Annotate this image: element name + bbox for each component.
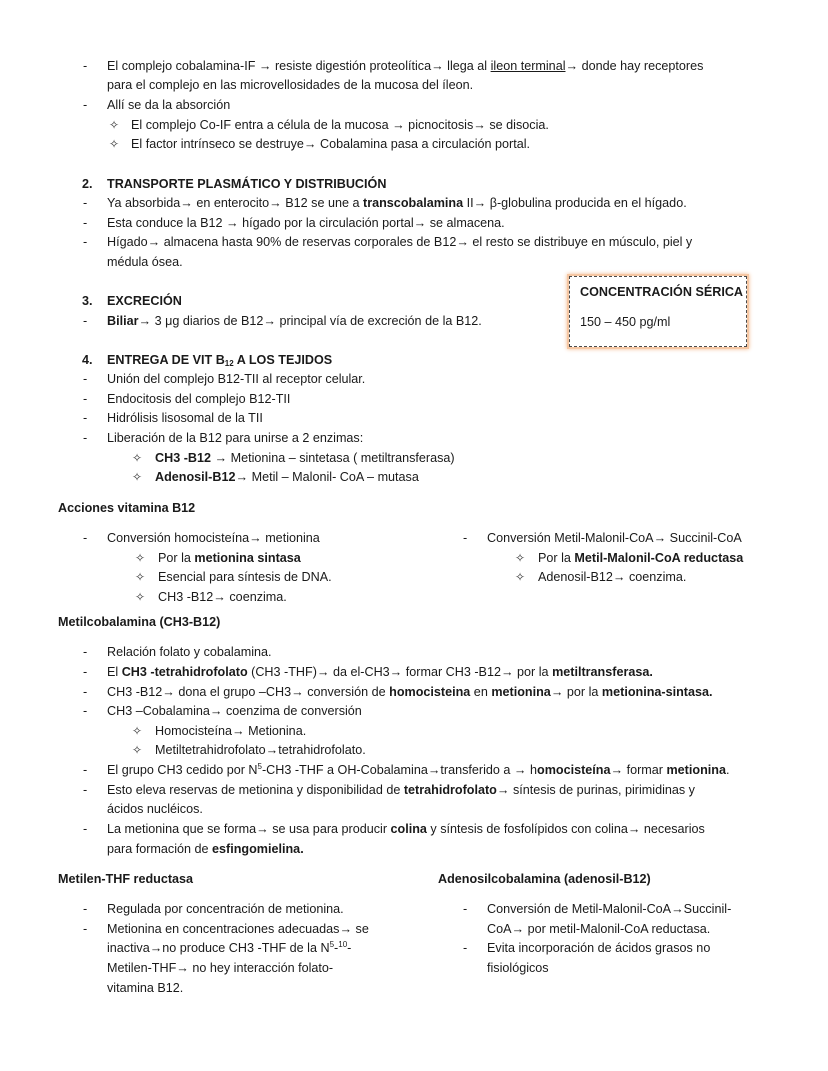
- adenosil-item-2-line-2: fisiológicos: [487, 959, 549, 979]
- metil-item-5: El grupo CH3 cedido por N5-CH3 -THF a OH…: [107, 761, 729, 781]
- bullet-dash: -: [83, 409, 93, 429]
- entrega-item-1: Unión del complejo B12-TII al receptor c…: [107, 370, 365, 390]
- section-number: 4.: [82, 351, 93, 371]
- intro-subitem-1: El complejo Co-IF entra a célula de la m…: [131, 116, 549, 136]
- intro-item-1-line-2: para el complejo en las microvellosidade…: [107, 76, 473, 96]
- adenosil-item-1-line-2: CoA→ por metil-Malonil-CoA reductasa.: [487, 920, 710, 940]
- transporte-item-3-line-1: Hígado→ almacena hasta 90% de reservas c…: [107, 233, 692, 253]
- bullet-dash: -: [83, 781, 93, 801]
- metil-item-2: El CH3 -tetrahidrofolato (CH3 -THF)→ da …: [107, 663, 653, 683]
- bullet-dash: -: [83, 683, 93, 703]
- acciones-left-item: Conversión homocisteína→ metionina: [107, 529, 320, 549]
- adenosil-item-1-line-1: Conversión de Metil-Malonil-CoA→Succinil…: [487, 900, 731, 920]
- bullet-dash: -: [83, 194, 93, 214]
- diamond-bullet-icon: ✧: [109, 116, 119, 136]
- entrega-item-3: Hidrólisis lisosomal de la TII: [107, 409, 263, 429]
- acciones-left-sub-2: Esencial para síntesis de DNA.: [158, 568, 332, 588]
- entrega-item-2: Endocitosis del complejo B12-TII: [107, 390, 290, 410]
- bullet-dash: -: [83, 702, 93, 722]
- excrecion-item: Biliar→ 3 μg diarios de B12→ principal v…: [107, 312, 482, 332]
- serum-box-value: 150 – 450 pg/ml: [580, 313, 670, 333]
- intro-item-1-line-1: El complejo cobalamina-IF → resiste dige…: [107, 57, 703, 77]
- metilen-item-2-line-4: vitamina B12.: [107, 979, 183, 999]
- bullet-dash: -: [83, 429, 93, 449]
- adenosil-item-2-line-1: Evita incorporación de ácidos grasos no: [487, 939, 710, 959]
- section-number: 2.: [82, 175, 93, 195]
- acciones-left-sub-1: Por la metionina sintasa: [158, 549, 301, 569]
- section-title: ENTREGA DE VIT B12 A LOS TEJIDOS: [107, 351, 332, 371]
- bullet-dash: -: [83, 820, 93, 840]
- diamond-bullet-icon: ✧: [135, 549, 145, 569]
- acciones-right-sub-1: Por la Metil-Malonil-CoA reductasa: [538, 549, 743, 569]
- entrega-subitem-1: CH3 -B12 → Metionina – sintetasa ( metil…: [155, 449, 455, 469]
- bullet-dash: -: [83, 214, 93, 234]
- entrega-subitem-2: Adenosil-B12→ Metil – Malonil- CoA – mut…: [155, 468, 419, 488]
- bullet-dash: -: [463, 900, 473, 920]
- transporte-item-1: Ya absorbida→ en enterocito→ B12 se une …: [107, 194, 687, 214]
- acciones-left-sub-3: CH3 -B12→ coenzima.: [158, 588, 287, 608]
- acciones-right-sub-2: Adenosil-B12→ coenzima.: [538, 568, 686, 588]
- serum-concentration-box: CONCENTRACIÓN SÉRICA 150 – 450 pg/ml: [569, 276, 747, 347]
- bullet-dash: -: [83, 643, 93, 663]
- bullet-dash: -: [83, 761, 93, 781]
- bullet-dash: -: [83, 370, 93, 390]
- diamond-bullet-icon: ✧: [135, 588, 145, 608]
- serum-box-title: CONCENTRACIÓN SÉRICA: [580, 283, 743, 303]
- section-title: EXCRECIÓN: [107, 292, 182, 312]
- ileon-terminal-link-text: ileon terminal: [491, 59, 566, 73]
- metil-subitem-2: Metiltetrahidrofolato→tetrahidrofolato.: [155, 741, 366, 761]
- section-title: Metilen-THF reductasa: [58, 870, 193, 890]
- diamond-bullet-icon: ✧: [132, 468, 142, 488]
- section-title: Metilcobalamina (CH3-B12): [58, 613, 220, 633]
- bullet-dash: -: [83, 233, 93, 253]
- metil-subitem-1: Homocisteína→ Metionina.: [155, 722, 306, 742]
- intro-item-2: Allí se da la absorción: [107, 96, 230, 116]
- metil-item-1: Relación folato y cobalamina.: [107, 643, 272, 663]
- diamond-bullet-icon: ✧: [515, 549, 525, 569]
- metil-item-7-line-1: La metionina que se forma→ se usa para p…: [107, 820, 705, 840]
- bullet-dash: -: [83, 920, 93, 940]
- section-title: Adenosilcobalamina (adenosil-B12): [438, 870, 651, 890]
- metil-item-6-line-1: Esto eleva reservas de metionina y dispo…: [107, 781, 695, 801]
- metilen-item-2-line-3: Metilen-THF→ no hey interacción folato-: [107, 959, 333, 979]
- bullet-dash: -: [463, 939, 473, 959]
- metilen-item-2-line-2: inactiva→no produce CH3 -THF de la N5-10…: [107, 939, 351, 959]
- diamond-bullet-icon: ✧: [132, 722, 142, 742]
- bullet-dash: -: [83, 900, 93, 920]
- entrega-item-4: Liberación de la B12 para unirse a 2 enz…: [107, 429, 363, 449]
- acciones-right-item: Conversión Metil-Malonil-CoA→ Succinil-C…: [487, 529, 742, 549]
- metil-item-6-line-2: ácidos nucléicos.: [107, 800, 203, 820]
- section-title: Acciones vitamina B12: [58, 499, 195, 519]
- bullet-dash: -: [83, 96, 93, 116]
- bullet-dash: -: [83, 312, 93, 332]
- bullet-dash: -: [463, 529, 473, 549]
- diamond-bullet-icon: ✧: [515, 568, 525, 588]
- metil-item-7-line-2: para formación de esfingomielina.: [107, 840, 304, 860]
- transporte-item-3-line-2: médula ósea.: [107, 253, 183, 273]
- diamond-bullet-icon: ✧: [135, 568, 145, 588]
- bullet-dash: -: [83, 390, 93, 410]
- metil-item-4: CH3 –Cobalamina→ coenzima de conversión: [107, 702, 362, 722]
- diamond-bullet-icon: ✧: [109, 135, 119, 155]
- section-number: 3.: [82, 292, 93, 312]
- transporte-item-2: Esta conduce la B12 → hígado por la circ…: [107, 214, 505, 234]
- intro-subitem-2: El factor intrínseco se destruye→ Cobala…: [131, 135, 530, 155]
- diamond-bullet-icon: ✧: [132, 449, 142, 469]
- bullet-dash: -: [83, 529, 93, 549]
- bullet-dash: -: [83, 663, 93, 683]
- bullet-dash: -: [83, 57, 93, 77]
- metilen-item-2-line-1: Metionina en concentraciones adecuadas→ …: [107, 920, 369, 940]
- diamond-bullet-icon: ✧: [132, 741, 142, 761]
- metilen-item-1: Regulada por concentración de metionina.: [107, 900, 344, 920]
- metil-item-3: CH3 -B12→ dona el grupo –CH3→ conversión…: [107, 683, 713, 703]
- section-title: TRANSPORTE PLASMÁTICO Y DISTRIBUCIÓN: [107, 175, 386, 195]
